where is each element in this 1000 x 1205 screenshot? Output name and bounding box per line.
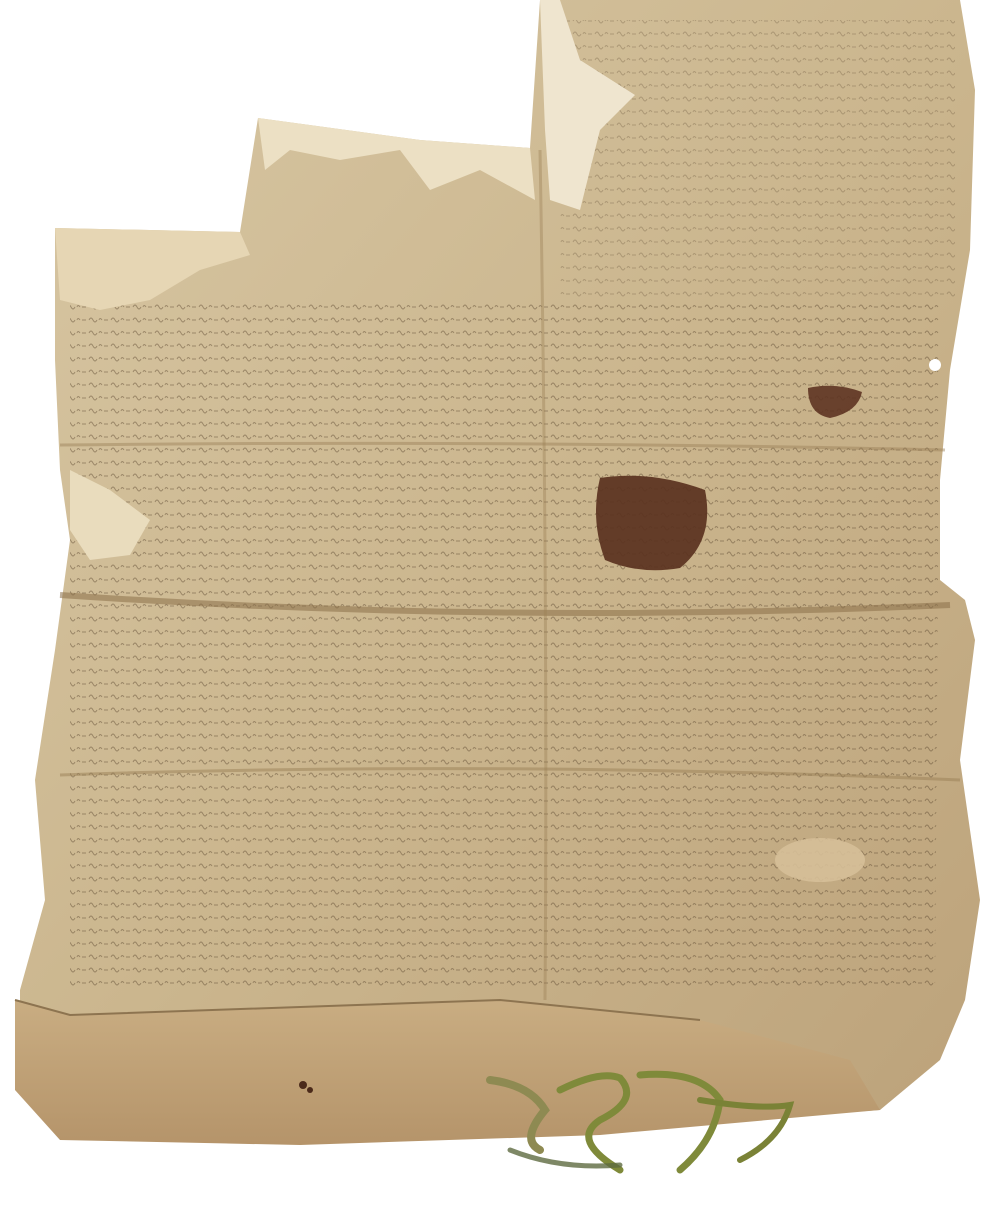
parchment-photo: Medieval parchment charter, damaged, wit… xyxy=(0,0,1000,1205)
parchment-illustration xyxy=(0,0,1000,1205)
stain-center xyxy=(596,476,707,571)
